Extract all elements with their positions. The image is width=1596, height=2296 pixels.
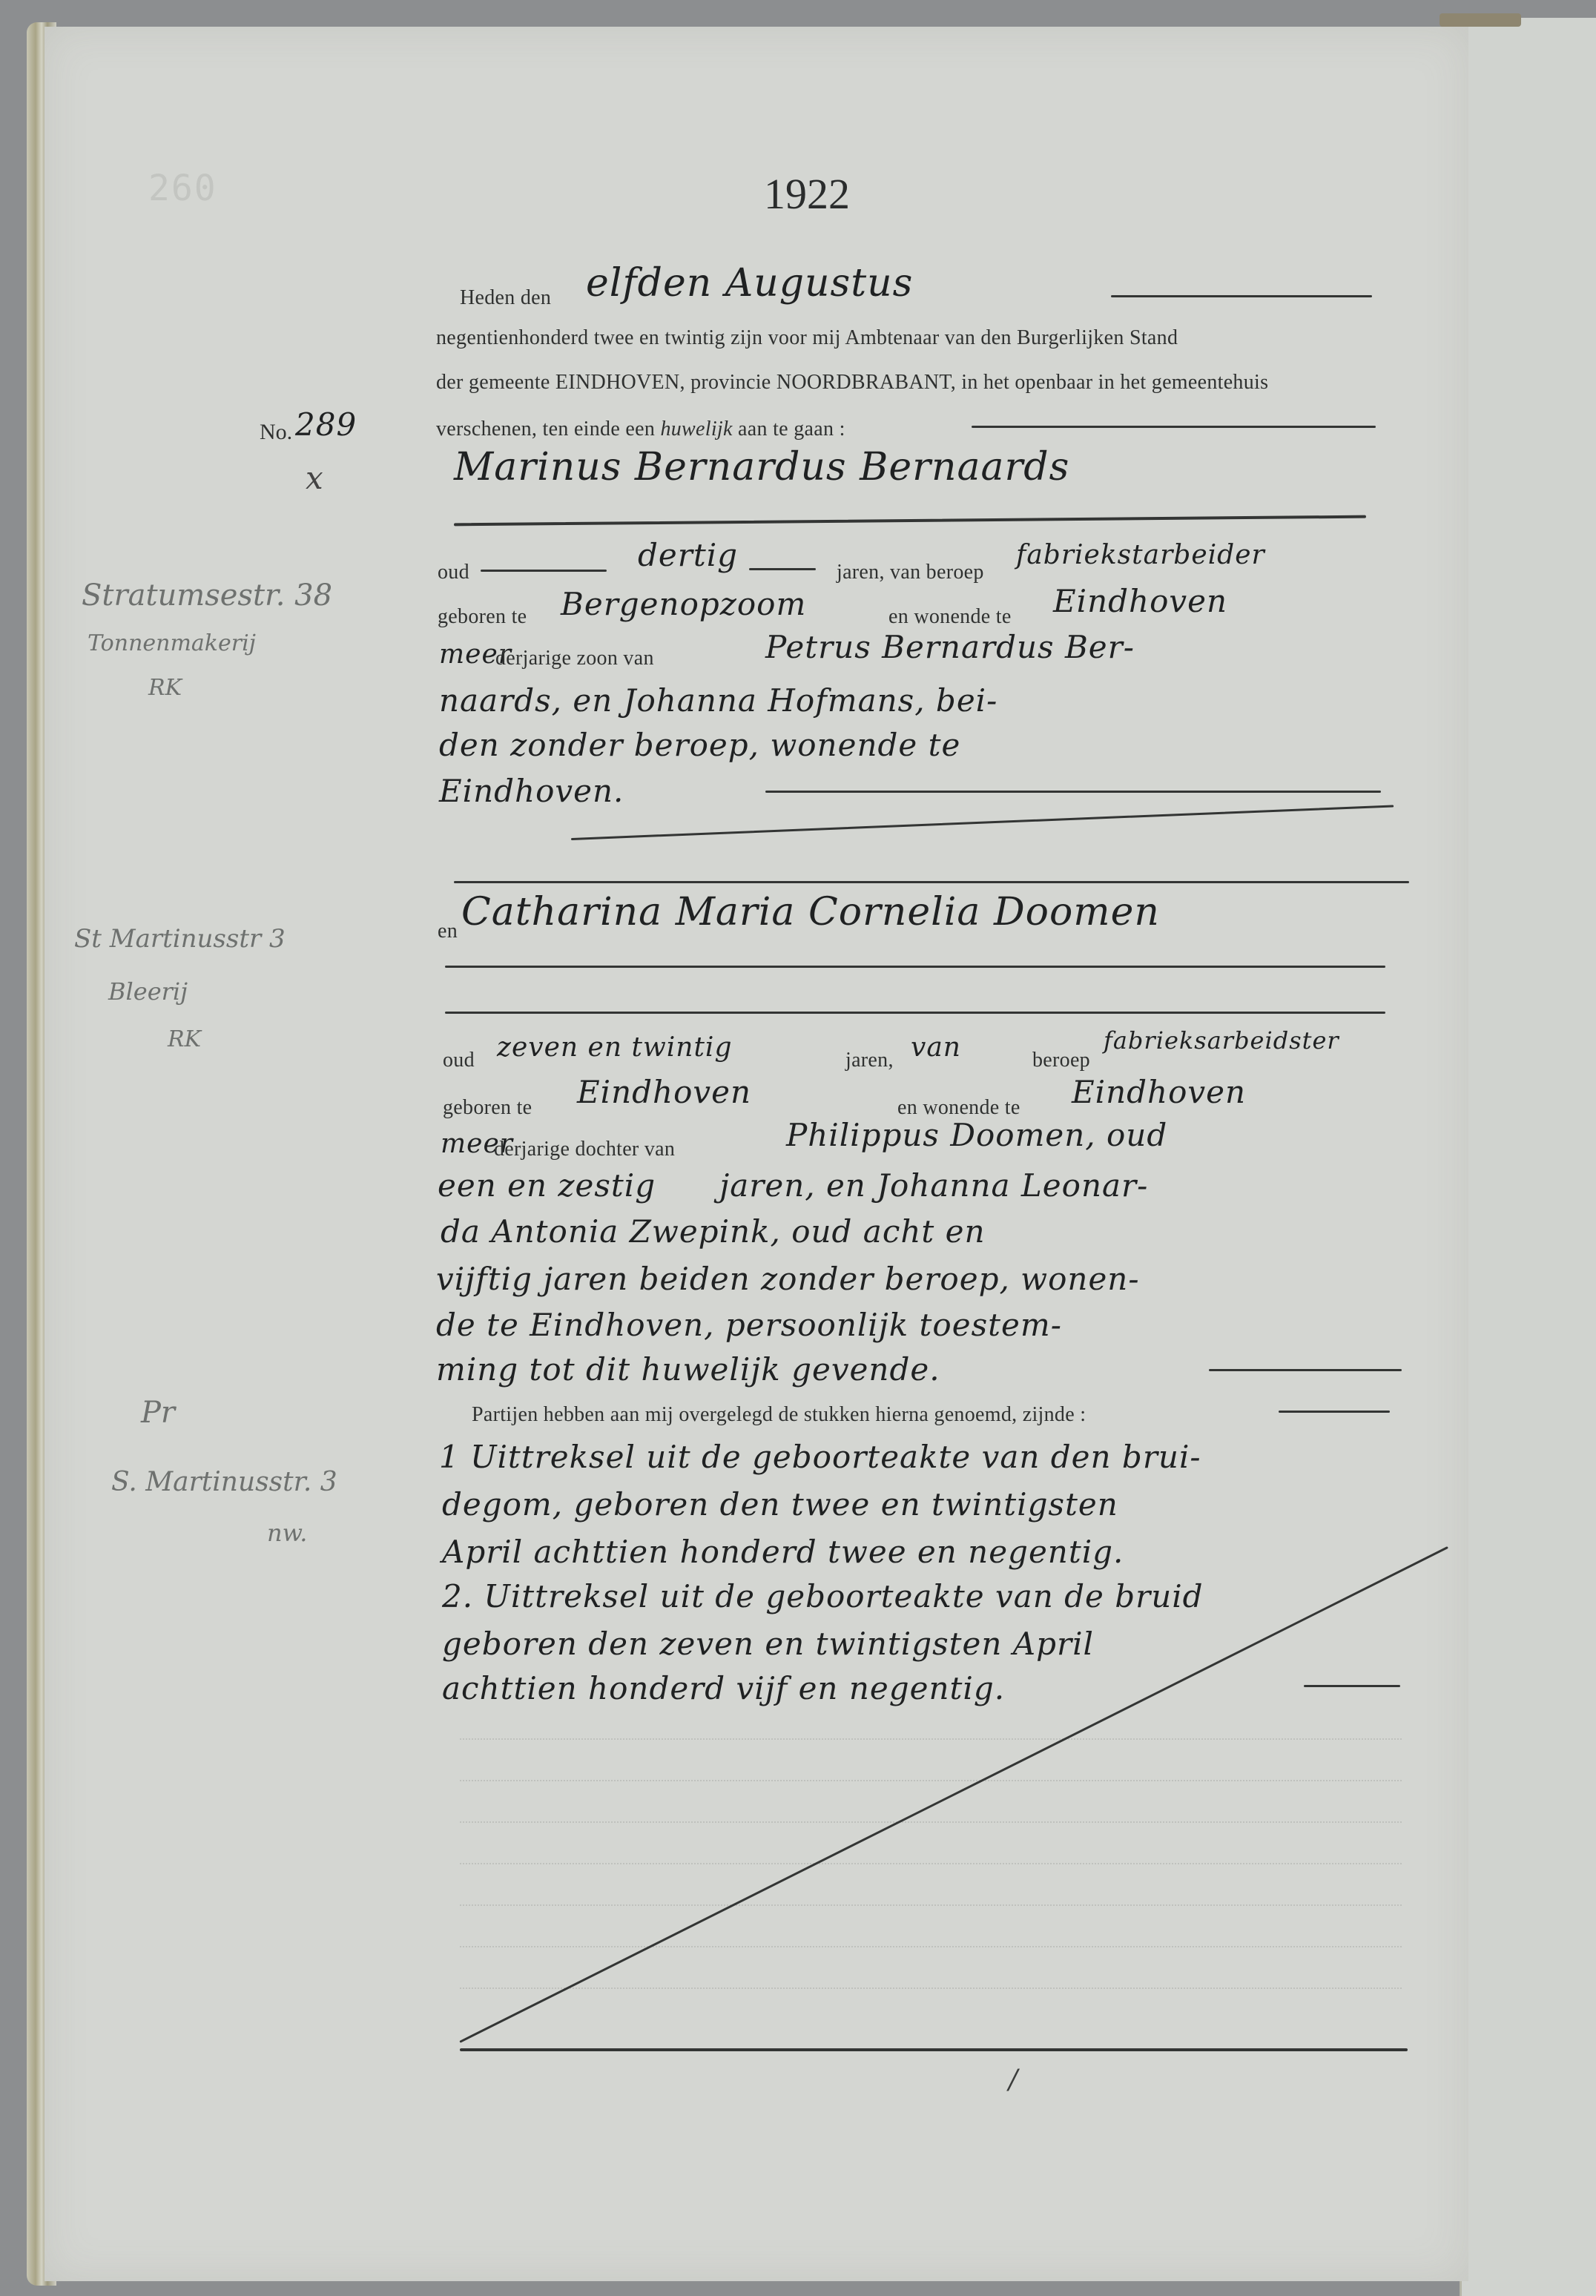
groom-parents-line-2: naards, en Johanna Hofmans, bei- [439,682,997,719]
documents-line-6: achttien honderd vijf en negentig. [442,1670,1005,1706]
marriage-date-handwritten: elfden Augustus [586,261,913,306]
groom-margin-address: Stratumsestr. 38 [82,578,332,613]
footer-mark: / [1009,2065,1018,2095]
fill-rule [481,570,607,572]
groom-born-label: geboren te [438,605,527,629]
fill-rule [454,881,1409,883]
groom-residing-label: en wonende te [888,605,1012,629]
bride-margin-religion: RK [168,1026,201,1052]
bride-age-label: oud [443,1049,475,1072]
bride-parents-line-2: een en zestig jaren, en Johanna Leonar- [438,1167,1148,1204]
groom-occupation: fabriekstarbeider [1016,540,1265,570]
later-margin-address: S. Martinusstr. 3 [111,1467,337,1497]
groom-age-label: oud [438,561,469,584]
header-line-3: der gemeente EINDHOVEN, provincie NOORDB… [436,371,1268,395]
closing-baseline-stroke [460,2048,1408,2051]
register-page: 260 [44,27,1468,2281]
bride-van-handwritten: van [911,1032,961,1063]
fill-rule [749,568,816,570]
documents-intro: Partijen hebben aan mij overgelegd de st… [472,1403,1086,1427]
bride-occupation-label: beroep [1032,1049,1090,1072]
header-line-4-italic: huwelijk [660,418,732,441]
groom-parents-line-3: den zonder beroep, wonende te [439,727,960,763]
fill-rule [1279,1411,1390,1413]
groom-margin-occupation: Tonnenmakerij [88,630,256,656]
page-year: 1922 [764,169,850,219]
groom-parents-line-4: Eindhoven. [439,773,624,809]
ruled-line [460,1987,1402,1989]
later-margin-note: nw. [267,1519,307,1547]
bride-parents-line-1: Philippus Doomen, oud [786,1117,1167,1153]
header-line-4-suffix: aan te gaan : [738,418,845,441]
groom-status-label: derjarige zoon van [495,647,654,670]
ghost-page-number: 260 [148,168,217,209]
fill-rule [1209,1369,1402,1371]
bride-residence: Eindhoven [1072,1074,1246,1110]
bride-birthplace: Eindhoven [577,1074,751,1110]
bride-parents-line-5: de te Eindhoven, persoonlijk toestem- [436,1307,1062,1343]
ruled-line [460,1863,1402,1864]
bride-born-label: geboren te [443,1096,532,1120]
bride-name: Catharina Maria Cornelia Doomen [461,890,1160,934]
documents-line-5: geboren den zeven en twintigsten April [442,1626,1094,1662]
bride-age-suffix: jaren, [845,1049,894,1072]
documents-line-4: 2. Uittreksel uit de geboorteakte van de… [442,1578,1204,1614]
record-number: 289 [295,406,357,443]
heden-den-label: Heden den [460,286,551,310]
bride-and-label: en [438,920,458,943]
documents-line-3: April achttien honderd twee en negentig. [442,1534,1124,1570]
bride-status-label: derjarige dochter van [494,1138,675,1161]
ruled-line [460,1821,1402,1823]
ruled-line [460,1780,1402,1781]
facing-page-edge [1460,18,1596,2296]
fill-rule [445,1012,1385,1014]
bride-parents-line-6: ming tot dit huwelijk gevende. [436,1351,940,1388]
groom-birthplace: Bergenopzoom [561,586,806,622]
bride-parents-line-3: da Antonia Zwepink, oud acht en [441,1213,986,1250]
bride-margin-occupation: Bleerij [108,977,188,1006]
record-number-label: No. [260,420,292,445]
bride-occupation: fabrieksarbeidster [1104,1026,1339,1055]
record-mark: x [306,460,324,496]
groom-age-suffix: jaren, van beroep [837,561,984,584]
bride-parents-line-4: vijftig jaren beiden zonder beroep, wone… [436,1261,1140,1297]
documents-line-2: degom, geboren den twee en twintigsten [442,1486,1118,1523]
fill-rule [1111,295,1372,297]
bride-margin-address: St Martinusstr 3 [74,924,286,954]
documents-line-1: 1 Uittreksel uit de geboorteakte van den… [439,1439,1201,1475]
header-line-4-prefix: verschenen, ten einde een [436,418,655,441]
groom-residence: Eindhoven [1053,583,1227,619]
ruled-line [460,1904,1402,1906]
bride-age: zeven en twintig [497,1032,732,1063]
fill-rule [1304,1685,1400,1687]
fill-rule [972,426,1376,428]
groom-margin-religion: RK [148,675,182,701]
fill-rule [765,791,1381,793]
book-spine-top [1440,13,1521,27]
later-margin-prefix: Pr [141,1396,175,1430]
header-line-2: negentienhonderd twee en twintig zijn vo… [436,326,1178,350]
header-line-4: verschenen, ten einde een huwelijk aan t… [436,418,845,441]
groom-name: Marinus Bernardus Bernaards [454,445,1069,489]
groom-parents-line-1: Petrus Bernardus Ber- [765,629,1135,665]
ruled-line [460,1946,1402,1947]
ruled-line [460,1738,1402,1740]
groom-age: dertig [638,537,738,573]
fill-rule [445,966,1385,968]
